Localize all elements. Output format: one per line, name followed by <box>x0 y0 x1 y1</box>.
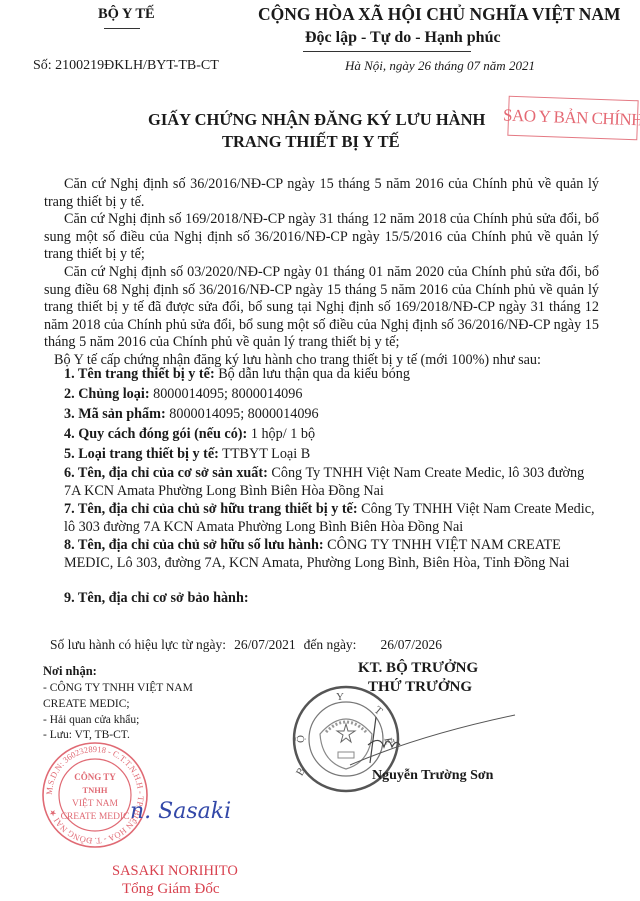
signature-subtitle: THỨ TRƯỞNG <box>368 679 472 696</box>
item-packaging: 4. Quy cách đóng gói (nếu có): 1 hộp/ 1 … <box>64 426 599 444</box>
item-device-name: 1. Tên trang thiết bị y tế: Bộ dẫn lưu t… <box>64 366 599 384</box>
company-signer-title: Tổng Giám Đốc <box>122 881 219 898</box>
valid-from-date: 26/07/2021 <box>234 637 296 652</box>
item-device-class: 5. Loại trang thiết bị y tế: TTBYT Loại … <box>64 446 599 464</box>
validity-period: Số lưu hành có hiệu lực từ ngày:26/07/20… <box>50 637 442 653</box>
item-device-owner: 7. Tên, địa chỉ của chủ sở hữu trang thi… <box>64 501 599 536</box>
document-title-line2: TRANG THIẾT BỊ Y TẾ <box>222 132 400 152</box>
svg-text:Ộ: Ộ <box>295 735 307 743</box>
item-warranty-facility: 9. Tên, địa chỉ cơ sở bảo hành: <box>64 590 599 608</box>
document-title-line1: GIẤY CHỨNG NHẬN ĐĂNG KÝ LƯU HÀNH <box>148 110 485 130</box>
item-manufacturer: 6. Tên, địa chỉ của cơ sở sản xuất: Công… <box>64 465 599 500</box>
document-number: Số: 2100219ĐKLH/BYT-TB-CT <box>33 58 219 74</box>
national-motto: Độc lập - Tự do - Hạnh phúc <box>305 29 501 47</box>
svg-text:n. Sasaki: n. Sasaki <box>130 799 231 824</box>
svg-text:VIỆT NAM: VIỆT NAM <box>72 797 119 809</box>
place-date: Hà Nội, ngày 26 tháng 07 năm 2021 <box>345 58 535 74</box>
recipients-title: Nơi nhận: <box>43 664 97 679</box>
motto-underline <box>303 51 471 52</box>
ministry-underline <box>104 28 140 29</box>
preamble-paragraph: Căn cứ Nghị định số 169/2018/NĐ-CP ngày … <box>44 211 599 264</box>
recipient-line: - Hải quan cửa khẩu; <box>43 714 139 726</box>
signer-name: Nguyễn Trường Sơn <box>372 768 493 784</box>
svg-text:TNHH: TNHH <box>82 785 107 795</box>
preamble-paragraph: Căn cứ Nghị định số 36/2016/NĐ-CP ngày 1… <box>44 176 599 211</box>
ministry-name: BỘ Y TẾ <box>98 6 155 23</box>
recipient-line: - CÔNG TY TNHH VIỆT NAM <box>43 682 193 694</box>
svg-text:B: B <box>294 766 308 778</box>
preamble-paragraph: Căn cứ Nghị định số 03/2020/NĐ-CP ngày 0… <box>44 264 599 352</box>
svg-text:CREATE MEDIC: CREATE MEDIC <box>61 812 130 822</box>
valid-to-date: 26/07/2026 <box>380 637 442 652</box>
preamble: Căn cứ Nghị định số 36/2016/NĐ-CP ngày 1… <box>44 176 599 370</box>
republic-name: CỘNG HÒA XÃ HỘI CHỦ NGHĨA VIỆT NAM <box>258 4 621 25</box>
company-signature-icon: n. Sasaki <box>130 790 240 830</box>
signature-title: KT. BỘ TRƯỞNG <box>358 660 478 677</box>
official-signature-icon <box>340 705 520 775</box>
item-license-holder: 8. Tên, địa chỉ của chủ sở hữu số lưu hà… <box>64 537 599 572</box>
svg-text:Y: Y <box>336 691 344 703</box>
svg-text:CÔNG TY: CÔNG TY <box>74 772 116 782</box>
item-category: 2. Chủng loại: 8000014095; 8000014096 <box>64 386 599 404</box>
item-product-code: 3. Mã sản phẩm: 8000014095; 8000014096 <box>64 406 599 424</box>
company-signer-name: SASAKI NORIHITO <box>112 863 238 880</box>
recipient-line: CREATE MEDIC; <box>43 698 130 710</box>
certified-copy-stamp: SAO Y BẢN CHÍNH <box>507 96 638 141</box>
